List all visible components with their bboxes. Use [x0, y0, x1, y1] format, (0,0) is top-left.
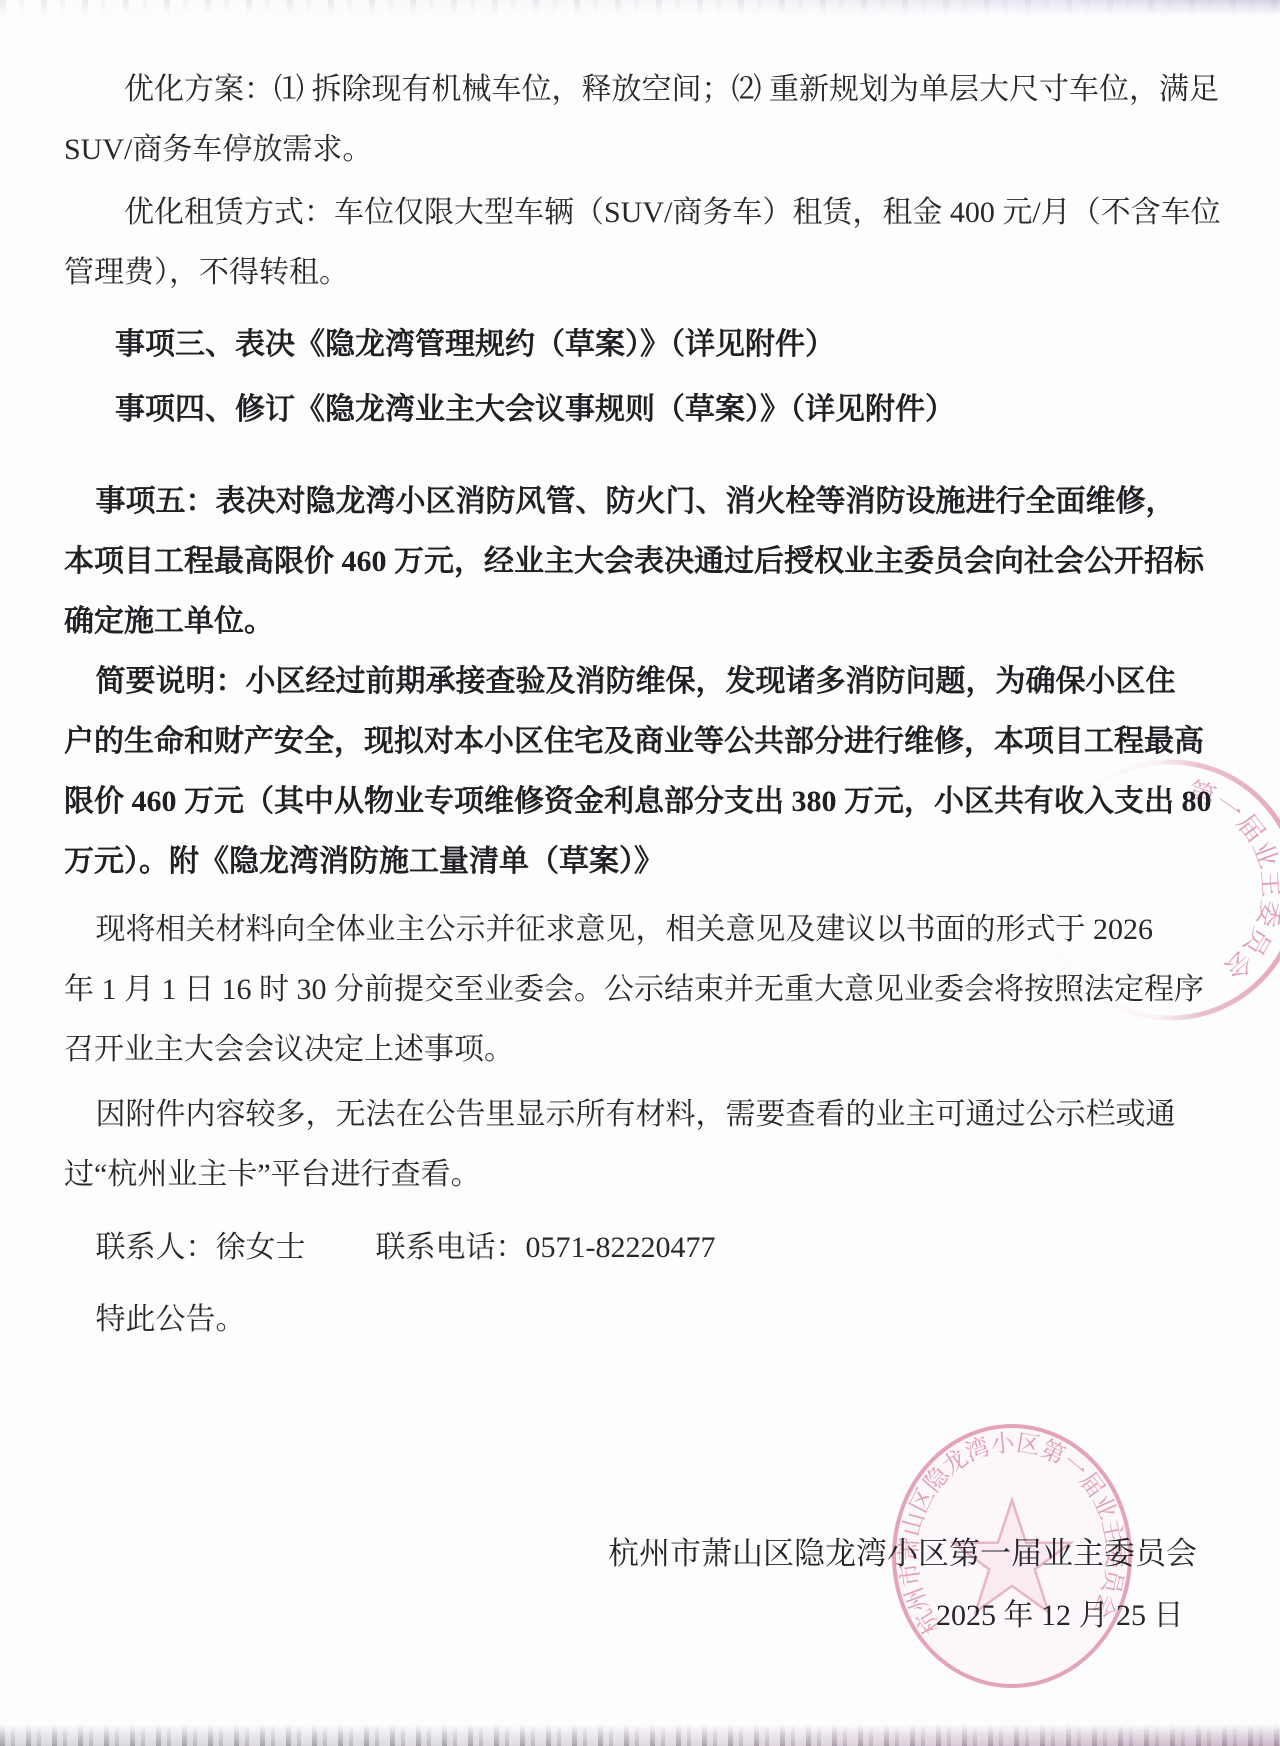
contact-phone-label: 联系电话：0571-82220477 [376, 1231, 716, 1264]
paragraph-item-four: 事项四、修订《隐龙湾业主大会议事规则（草案）》（详见附件） [64, 380, 1240, 440]
paragraph-closing: 特此公告。 [64, 1290, 1240, 1350]
document-page: 第一届业主委员会 优化方案：⑴ 拆除现有机械车位，释放空间；⑵ 重新规划为单层大… [0, 0, 1280, 1746]
signature-date: 2025 年 12 月 25 日 [936, 1596, 1184, 1636]
paragraph-attachments-note: 因附件内容较多，无法在公告里显示所有材料，需要查看的业主可通过公示栏或通 过“杭… [64, 1085, 1240, 1205]
signature-committee: 杭州市萧山区隐龙湾小区第一届业主委员会 [608, 1534, 1197, 1574]
contact-line: 联系人：徐女士联系电话：0571-82220477 [64, 1218, 1240, 1278]
scan-artifact-bottom [0, 1724, 1280, 1746]
paragraph-brief-note: 简要说明：小区经过前期承接查验及消防维保，发现诸多消防问题，为确保小区住 户的生… [64, 652, 1240, 892]
paragraph-item-five: 事项五：表决对隐龙湾小区消防风管、防火门、消火栓等消防设施进行全面维修， 本项目… [64, 472, 1240, 652]
paragraph-lease-method: 优化租赁方式：车位仅限大型车辆（SUV/商务车）租赁，租金 400 元/月（不含… [64, 183, 1240, 303]
contact-person-label: 联系人：徐女士 [96, 1231, 306, 1264]
paragraph-optimization-plan: 优化方案：⑴ 拆除现有机械车位，释放空间；⑵ 重新规划为单层大尺寸车位，满足 S… [64, 60, 1240, 180]
paragraph-item-three: 事项三、表决《隐龙湾管理规约（草案）》（详见附件） [64, 315, 1240, 375]
paragraph-public-comment: 现将相关材料向全体业主公示并征求意见，相关意见及建议以书面的形式于 2026 年… [64, 900, 1240, 1080]
announcement-body: 优化方案：⑴ 拆除现有机械车位，释放空间；⑵ 重新规划为单层大尺寸车位，满足 S… [0, 0, 1280, 1350]
